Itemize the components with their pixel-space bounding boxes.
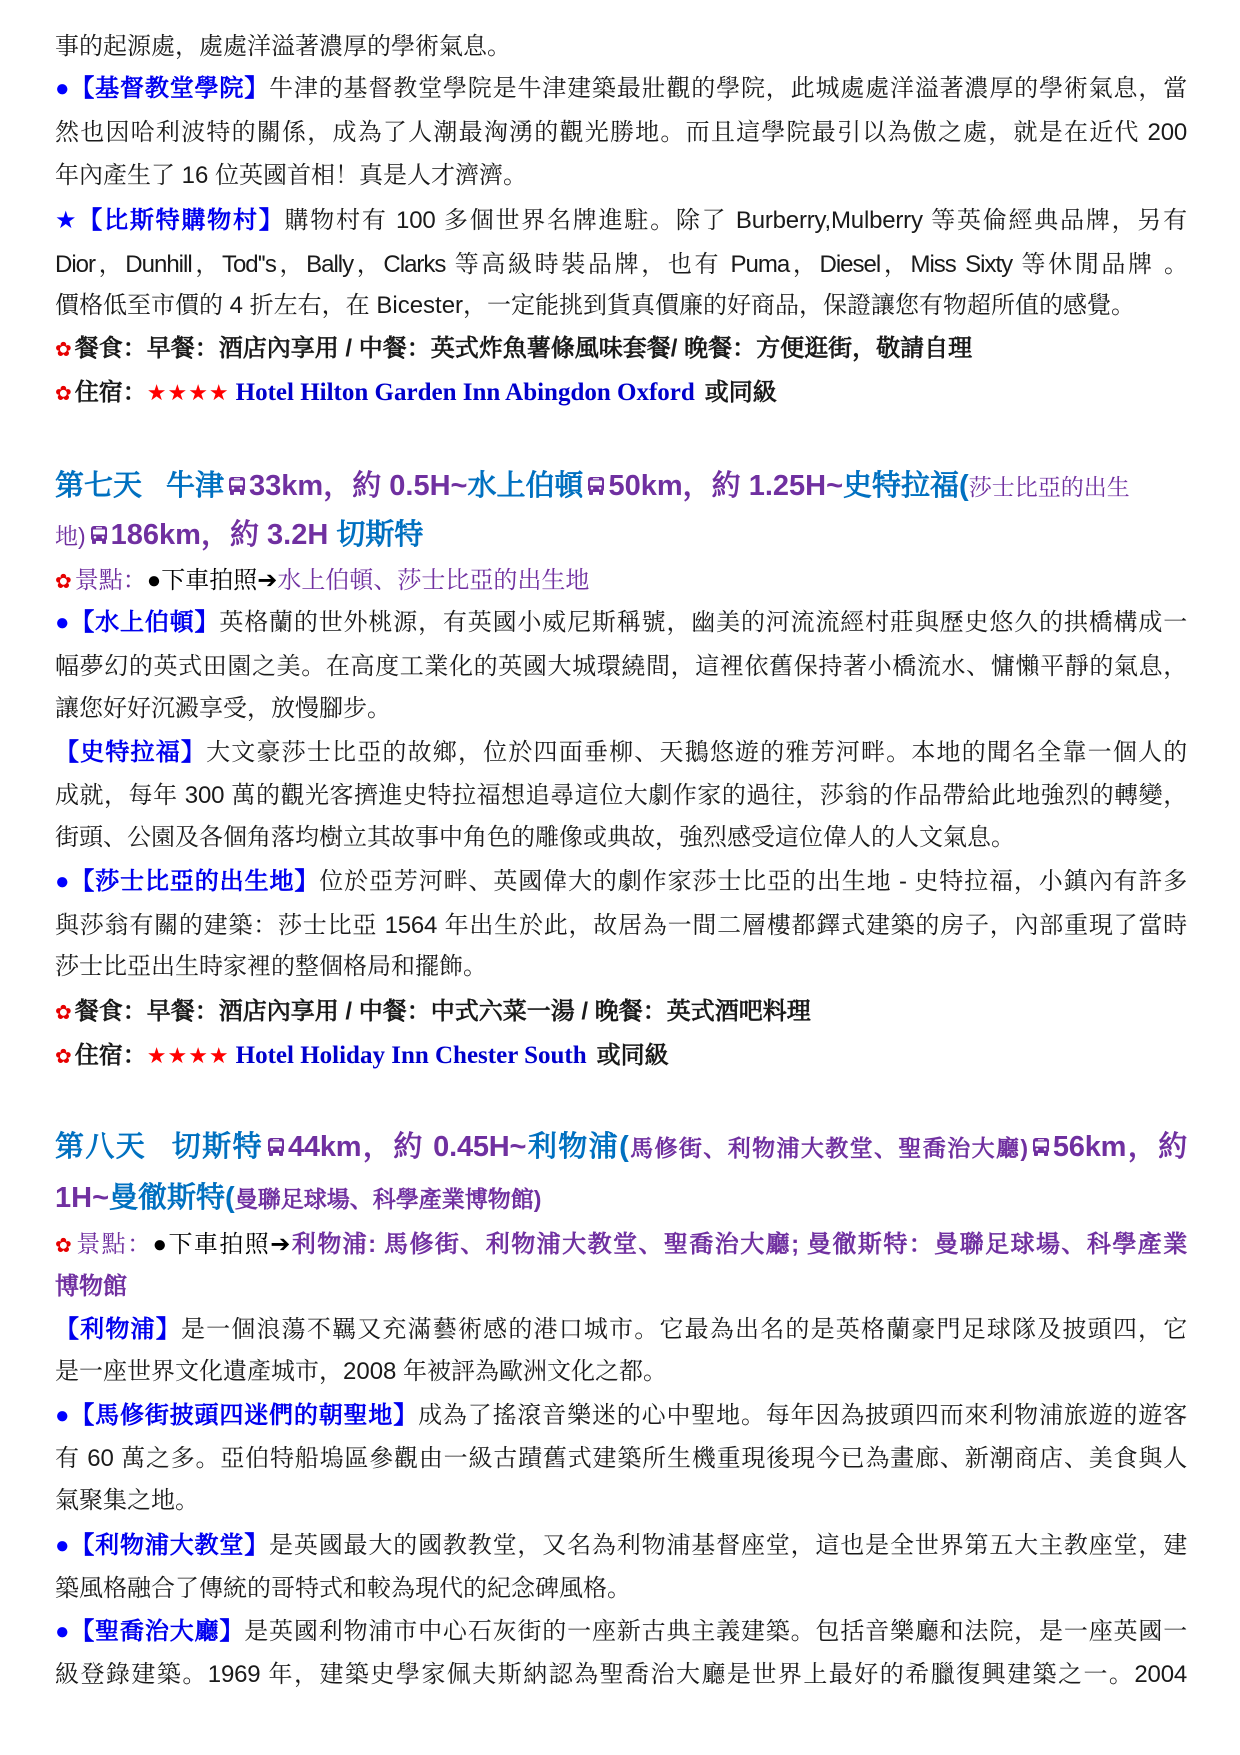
paragraph-text: 成就，每年 300 萬的觀光客擠進史特拉福想追尋這位大劇作家的過往，莎翁的作品帶… [55,782,1187,809]
attraction-title: 【利物浦大教堂】 [70,1532,269,1559]
day-heading-line: 1H~曼徹斯特(曼聯足球場、科學產業博物館) [55,1173,1187,1223]
text-line: 【史特拉福】大文豪莎士比亞的故鄉，位於四面垂柳、天鵝悠遊的雅芳河畔。本地的聞名全… [55,731,1187,775]
text-line: 讓您好好沉澱享受，放慢腳步。 [55,687,1187,731]
text-line: 級登錄建築。1969 年，建築史學家佩夫斯納認為聖喬治大廳是世界上最好的希臘復興… [55,1653,1187,1697]
paragraph-text: 與莎翁有關的建築：莎士比亞 1564 年出生於此，故居為一間二層樓都鐸式建築的房… [55,912,1187,939]
hotel-suffix: 或同級 [597,1042,669,1069]
text-line: 街頭、公園及各個角落均樹立其故事中角色的雕像或典故，強烈感受這位偉人的人文氣息。 [55,816,1187,860]
heading-note: 曼聯足球場、科學產業博物館) [235,1186,542,1212]
paragraph-text: 英格蘭的世外桃源，有英國小威尼斯稱號，幽美的河流流經村莊與歷史悠久的拱橋構成一 [219,609,1187,636]
text-line: 與莎翁有關的建築：莎士比亞 1564 年出生於此，故居為一間二層樓都鐸式建築的房… [55,904,1187,948]
heading-city: 曼徹斯特( [109,1182,235,1214]
paragraph-text: 街頭、公園及各個角落均樹立其故事中角色的雕像或典故，強烈感受這位偉人的人文氣息。 [55,824,1015,851]
flower-icon: ✿ [55,381,72,405]
attraction-title: 【馬修街披頭四迷們的朝聖地】 [70,1402,418,1429]
bullet-icon: ● [55,1618,70,1645]
meals-line: ✿餐食：早餐：酒店內享用 / 中餐：中式六菜一湯 / 晚餐：英式酒吧料理 [55,990,1187,1034]
heading-distance: 50km，約 1.25H~ [608,470,843,502]
heading-city: 切斯特 [170,1131,263,1163]
text-line: 築風格融合了傳統的哥特式和較為現代的紀念碑風格。 [55,1567,1187,1611]
flower-icon: ✿ [55,1233,73,1257]
day-label: 第八天 [55,1131,146,1163]
hotel-suffix: 或同級 [705,379,777,406]
paragraph-text: 氣聚集之地。 [55,1487,199,1514]
attraction-title: 【水上伯頓】 [70,609,219,636]
heading-city: 切斯特 [336,519,423,551]
heading-note: 馬修街、利物浦大教堂、聖喬治大廳) [629,1135,1028,1161]
sights-label: 景點： [75,567,147,594]
document-page: 事的起源處，處處洋溢著濃厚的學術氣息。 ●【基督教堂學院】牛津的基督教堂學院是牛… [0,0,1240,1755]
meals-text: 早餐：酒店內享用 / 中餐：英式炸魚薯條風味套餐/ 晚餐：方便逛街，敬請自理 [147,335,972,362]
paragraph-text: 築風格融合了傳統的哥特式和較為現代的紀念碑風格。 [55,1575,631,1602]
heading-distance: 186km，約 3.2H [111,519,337,551]
heading-distance: 56km，約 [1053,1131,1187,1163]
hotel-label: 住宿： [75,1042,147,1069]
attraction-title: 【莎士比亞的出生地】 [70,868,319,895]
text-line: 是一座世界文化遺產城市，2008 年被評為歐洲文化之都。 [55,1350,1187,1394]
text-line: ●【利物浦大教堂】是英國最大的國教教堂，又名為利物浦基督座堂，這也是全世界第五大… [55,1524,1187,1568]
meals-label: 餐食： [75,335,147,362]
paragraph-text: Dior，Dunhill，Tod''s，Bally，Clarks 等高級時裝品牌… [55,251,1187,278]
text-line: 成就，每年 300 萬的觀光客擠進史特拉福想追尋這位大劇作家的過往，莎翁的作品帶… [55,774,1187,818]
bus-icon [1032,1137,1050,1157]
text-line: ●【聖喬治大廳】是英國利物浦市中心石灰街的一座新古典主義建築。包括音樂廳和法院，… [55,1610,1187,1654]
sights-places: 利物浦: 馬修街、利物浦大教堂、聖喬治大廳; 曼徹斯特：曼聯足球場、科學產業 [290,1231,1187,1258]
bus-icon [90,525,108,545]
bullet-icon: ● [55,609,70,636]
paragraph-text: 是一個浪蕩不羈又充滿藝術感的港口城市。它最為出名的是英格蘭豪門足球隊及披頭四，它 [181,1316,1187,1343]
paragraph-text: 事的起源處，處處洋溢著濃厚的學術氣息。 [55,33,511,60]
heading-distance: 44km，約 0.45H~ [288,1131,526,1163]
paragraph-text: 年內產生了 16 位英國首相！真是人才濟濟。 [55,162,527,189]
flower-icon: ✿ [55,569,72,593]
day-heading-line: 第七天牛津33km，約 0.5H~水上伯頓50km，約 1.25H~史特拉福(莎… [55,461,1187,511]
sights-action: ●下車拍照➔ [147,567,278,594]
star-bullet-icon: ★ [55,207,78,234]
heading-city: 利物浦( [526,1131,628,1163]
flower-icon: ✿ [55,337,72,361]
attraction-title: 【聖喬治大廳】 [70,1618,244,1645]
heading-distance: 33km，約 0.5H~ [249,470,467,502]
sights-places: 水上伯頓、莎士比亞的出生地 [277,567,589,594]
star-rating: ★★★★ [147,1044,230,1069]
hotel-label: 住宿： [75,379,147,406]
day-label: 第七天 [55,470,142,502]
bus-icon [228,476,246,496]
paragraph-text: 幅夢幻的英式田園之美。在高度工業化的英國大城環繞間，這裡依舊保持著小橋流水、慵懶… [55,653,1187,680]
sights-line: ✿景點：●下車拍照➔水上伯頓、莎士比亞的出生地 [55,559,1187,603]
paragraph-text: 然也因哈利波特的關係，成為了人潮最洶湧的觀光勝地。而且這學院最引以為傲之處，就是… [55,119,1187,146]
day-heading-line: 第八天切斯特44km，約 0.45H~利物浦(馬修街、利物浦大教堂、聖喬治大廳)… [55,1122,1187,1172]
flower-icon: ✿ [55,1044,72,1068]
meals-text: 早餐：酒店內享用 / 中餐：中式六菜一湯 / 晚餐：英式酒吧料理 [147,998,811,1025]
heading-note: 莎士比亞的出生 [969,474,1130,500]
meals-line: ✿餐食：早餐：酒店內享用 / 中餐：英式炸魚薯條風味套餐/ 晚餐：方便逛街，敬請… [55,327,1187,371]
bullet-icon: ● [55,75,70,102]
text-line: 價格低至市價的 4 折左右，在 Bicester，一定能挑到貨真價廉的好商品，保… [55,284,1187,328]
bullet-icon: ● [55,1402,70,1429]
paragraph-text: 有 60 萬之多。亞伯特船塢區參觀由一級古蹟舊式建築所生機重現後現今已為畫廊、新… [55,1445,1187,1472]
heading-distance: 1H~ [55,1182,109,1214]
hotel-line: ✿住宿：★★★★Hotel Hilton Garden Inn Abingdon… [55,371,1187,415]
paragraph-text: 讓您好好沉澱享受，放慢腳步。 [55,695,391,722]
attraction-title: 【史特拉福】 [55,739,206,766]
paragraph-text: 級登錄建築。1969 年，建築史學家佩夫斯納認為聖喬治大廳是世界上最好的希臘復興… [55,1661,1187,1688]
attraction-title: 【基督教堂學院】 [70,75,269,102]
bullet-icon: ● [55,1532,70,1559]
sights-action: ●下車拍照➔ [153,1231,291,1258]
paragraph-text: 大文豪莎士比亞的故鄉，位於四面垂柳、天鵝悠遊的雅芳河畔。本地的聞名全靠一個人的 [206,739,1187,766]
bullet-icon: ● [55,868,70,895]
paragraph-text: 莎士比亞出生時家裡的整個格局和擺飾。 [55,953,487,980]
star-rating: ★★★★ [147,381,230,406]
heading-city: 史特拉福( [843,470,969,502]
text-line: ●【馬修街披頭四迷們的朝聖地】成為了搖滾音樂迷的心中聖地。每年因為披頭四而來利物… [55,1394,1187,1438]
bus-icon [587,476,605,496]
text-line: ●【莎士比亞的出生地】位於亞芳河畔、英國偉大的劇作家莎士比亞的出生地 - 史特拉… [55,860,1187,904]
paragraph-text: 購物村有 100 多個世界名牌進駐。除了 Burberry,Mulberry 等… [285,207,1187,234]
heading-note: 地) [55,523,86,549]
hotel-name: Hotel Hilton Garden Inn Abingdon Oxford [236,379,695,406]
text-line: 氣聚集之地。 [55,1479,1187,1523]
paragraph-text: 是英國最大的國教教堂，又名為利物浦基督座堂，這也是全世界第五大主教座堂，建 [269,1532,1187,1559]
text-line: 【利物浦】是一個浪蕩不羈又充滿藝術感的港口城市。它最為出名的是英格蘭豪門足球隊及… [55,1308,1187,1352]
flower-icon: ✿ [55,1000,72,1024]
attraction-title: 【比斯特購物村】 [78,207,284,234]
text-line: 莎士比亞出生時家裡的整個格局和擺飾。 [55,945,1187,989]
heading-city: 水上伯頓 [467,470,583,502]
sights-places: 博物館 [55,1273,127,1300]
bus-icon [267,1137,285,1157]
paragraph-text: 成為了搖滾音樂迷的心中聖地。每年因為披頭四而來利物浦旅遊的遊客 [418,1402,1187,1429]
sights-label: 景點： [76,1231,152,1258]
text-line: 年內產生了 16 位英國首相！真是人才濟濟。 [55,154,1187,198]
hotel-line: ✿住宿：★★★★Hotel Holiday Inn Chester South或… [55,1034,1187,1078]
heading-city: 牛津 [166,470,224,502]
text-line: 然也因哈利波特的關係，成為了人潮最洶湧的觀光勝地。而且這學院最引以為傲之處，就是… [55,111,1187,155]
hotel-name: Hotel Holiday Inn Chester South [236,1042,587,1069]
day-heading-line: 地)186km，約 3.2H 切斯特 [55,510,1187,560]
meals-label: 餐食： [75,998,147,1025]
text-line: 有 60 萬之多。亞伯特船塢區參觀由一級古蹟舊式建築所生機重現後現今已為畫廊、新… [55,1437,1187,1481]
paragraph-text: 牛津的基督教堂學院是牛津建築最壯觀的學院，此城處處洋溢著濃厚的學術氣息，當 [269,75,1187,102]
paragraph-text: 位於亞芳河畔、英國偉大的劇作家莎士比亞的出生地 - 史特拉福，小鎮內有許多 [319,868,1187,895]
sights-line-continued: 博物館 [55,1265,1187,1309]
text-line: 事的起源處，處處洋溢著濃厚的學術氣息。 [55,25,1187,69]
paragraph-text: 是一座世界文化遺產城市，2008 年被評為歐洲文化之都。 [55,1358,667,1385]
text-line: Dior，Dunhill，Tod''s，Bally，Clarks 等高級時裝品牌… [55,243,1187,287]
text-line: 幅夢幻的英式田園之美。在高度工業化的英國大城環繞間，這裡依舊保持著小橋流水、慵懶… [55,645,1187,689]
attraction-title: 【利物浦】 [55,1316,181,1343]
paragraph-text: 價格低至市價的 4 折左右，在 Bicester，一定能挑到貨真價廉的好商品，保… [55,292,1135,319]
sights-line: ✿景點：●下車拍照➔利物浦: 馬修街、利物浦大教堂、聖喬治大廳; 曼徹斯特：曼聯… [55,1223,1187,1267]
text-line: ★【比斯特購物村】購物村有 100 多個世界名牌進駐。除了 Burberry,M… [55,199,1187,243]
paragraph-text: 是英國利物浦市中心石灰街的一座新古典主義建築。包括音樂廳和法院，是一座英國一 [244,1618,1187,1645]
text-line: ●【基督教堂學院】牛津的基督教堂學院是牛津建築最壯觀的學院，此城處處洋溢著濃厚的… [55,67,1187,111]
text-line: ●【水上伯頓】英格蘭的世外桃源，有英國小威尼斯稱號，幽美的河流流經村莊與歷史悠久… [55,601,1187,645]
